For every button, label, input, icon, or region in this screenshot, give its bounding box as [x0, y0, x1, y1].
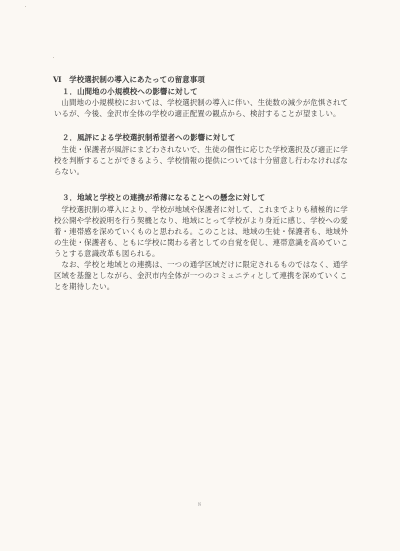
item-3-paragraph-line: の生徒・保護者も、ともに学校に関わる者としての自覚を促し、連帯意識を高めていこ [54, 238, 348, 247]
item-3-paragraph-line: 校公開や学校説明を行う契機となり、地域にとって学校がより身近に感じ、学校への愛 [54, 216, 348, 225]
item-2-paragraph-line: らない。 [54, 167, 84, 176]
scan-speck [300, 218, 301, 219]
item-3-paragraph-line: 着・連帯感を深めていくものと思われる。このことは、地域の生徒・保護者も、地域外 [54, 227, 348, 236]
scan-speck [25, 6, 26, 7]
item-3-paragraph-line: とを期待したい。 [54, 282, 114, 291]
item-2-heading: ２．風評による学校選択制希望者への影響に対して [62, 133, 235, 142]
item-3-paragraph-line: 学校選択制の導入により、学校が地域や保護者に対して、これまでよりも積極的に学 [54, 205, 348, 214]
scan-speck [320, 160, 321, 161]
section-title: Ⅵ 学校選択制の導入にあたっての留意事項 [53, 75, 205, 84]
document-page: Ⅵ 学校選択制の導入にあたっての留意事項 １．山間地の小規模校への影響に対して … [0, 0, 400, 551]
scan-speck [53, 57, 54, 58]
scan-speck [70, 236, 71, 237]
page-number: ８ [197, 501, 202, 508]
item-3-heading: ３．地域と学校との連携が希薄になることへの懸念に対して [62, 193, 265, 202]
item-3-paragraph-line: 区域を基盤としながら、金沢市内全体が一つのコミュニティとして連携を深めていくこ [54, 271, 347, 280]
item-2-paragraph-line: 校を判断することができるよう、学校情報の提供については十分留意し行わなければな [54, 156, 348, 165]
item-1-heading: １．山間地の小規模校への影響に対して [62, 87, 198, 96]
item-1-paragraph-line: 山間地の小規模校においては、学校選択制の導入に伴い、生徒数の減少が危惧されて [54, 98, 348, 107]
item-2-paragraph-line: 生徒・保護者が風評にまどわされないで、生徒の個性に応じた学校選択及び適正に学 [54, 145, 348, 154]
item-3-paragraph-line: なお、学校と地域との連携は、一つの通学区域だけに限定されるものではなく、通学 [54, 260, 348, 269]
item-3-paragraph-line: うとする意識改革も図られる。 [54, 249, 160, 258]
item-1-paragraph-line: いるが、今後、金沢市全体の学校の適正配置の観点から、検討することが望ましい。 [54, 109, 341, 118]
